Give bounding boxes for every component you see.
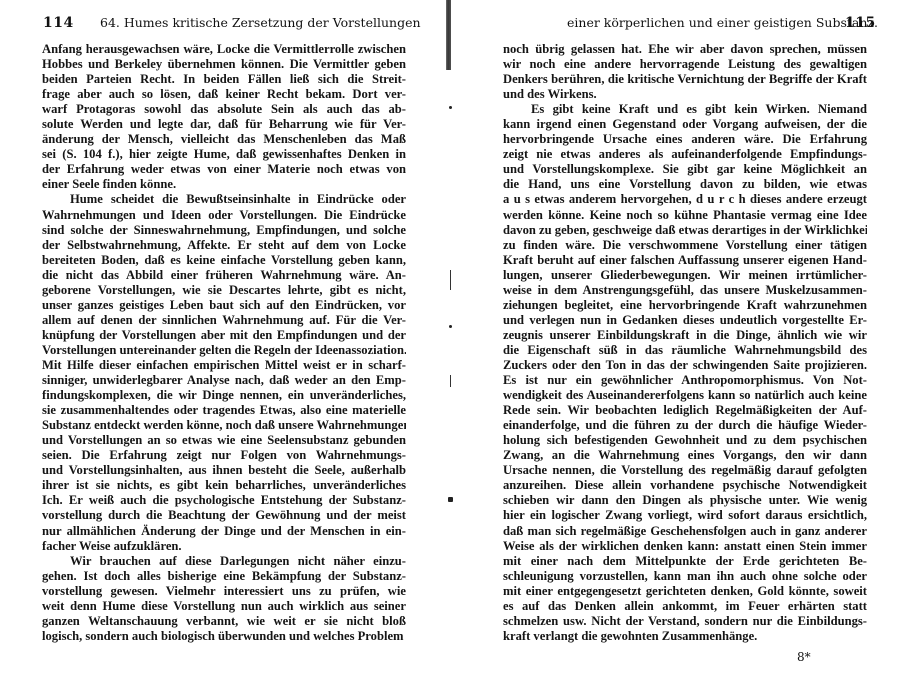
text-line: Es gibt keine Kraft und es gibt kein Wir… xyxy=(503,102,867,117)
text-line: zu finden wäre. Die verschwommene Vorste… xyxy=(503,238,867,253)
text-line: Denkers berühren, die kritische Vernicht… xyxy=(503,72,867,87)
left-page: 114 64. Humes kritische Zersetzung der V… xyxy=(0,0,450,674)
page-body-text: Anfang herausgewachsen wäre, Locke die V… xyxy=(42,42,406,644)
text-line: schmelzen usw. Nicht der Verstand, sonde… xyxy=(503,614,867,629)
text-line: ihrer ist sie nichts, es gibt kein behar… xyxy=(42,478,406,493)
text-line: und verlegen nun in Gedanken dieses unde… xyxy=(503,313,867,328)
text-line: beiden Parteien Recht. In beiden Fällen … xyxy=(42,72,406,87)
text-line: Rede sein. Wir beobachten lediglich Rege… xyxy=(503,403,867,418)
text-line: sinniger, unwiderlegbarer Analyse nach, … xyxy=(42,373,406,388)
text-line: es auf das Denken allein ankommt, im Feu… xyxy=(503,599,867,614)
text-line: Anfang herausgewachsen wäre, Locke die V… xyxy=(42,42,406,57)
text-line: werden könne. Keine noch so kühne Phanta… xyxy=(503,208,867,223)
text-line: davon zu geben, geschweige daß etwas der… xyxy=(503,223,867,238)
text-line: vorstellung durch die Beachtung der Gewö… xyxy=(42,508,406,523)
text-line: sie zusammenhaltendes oder tragendes Etw… xyxy=(42,403,406,418)
text-line: der Erfahrung weder etwas von einer Mate… xyxy=(42,162,406,177)
running-head: 64. Humes kritische Zersetzung der Vorst… xyxy=(100,13,350,33)
text-line: Zuckers oder den Ton in das der schwinge… xyxy=(503,358,867,373)
text-line: Vorstellungen untereinander gelten die R… xyxy=(42,343,406,358)
text-line: die Eigenschaft süß in das räumliche Wah… xyxy=(503,343,867,358)
text-line: Zwang, an die Wahrnehmung eines Vorgangs… xyxy=(503,448,867,463)
text-line: anzureihen. Diese allein vorhandene psyc… xyxy=(503,478,867,493)
text-line: die nicht das Abbild einer früheren Wahr… xyxy=(42,268,406,283)
text-line: ganzen Weltanschauung verbannt, wie weit… xyxy=(42,614,406,629)
signature-mark: 8* xyxy=(797,650,811,664)
page-number: 114 xyxy=(43,13,74,33)
text-line: mit einer nach dem Mittelpunkte der Erde… xyxy=(503,554,867,569)
text-line: unser ganzes geistiges Leben baut sich a… xyxy=(42,298,406,313)
text-line: und Vorstellungen an so etwas wie eine S… xyxy=(42,433,406,448)
text-line: hervorbringende Ursache eines anderen wä… xyxy=(503,132,867,147)
text-line: seien. Die Erfahrung zeigt nur Folgen vo… xyxy=(42,448,406,463)
text-line: noch übrig gelassen hat. Ehe wir aber da… xyxy=(503,42,867,57)
text-line: a u s etwas anderem hervorgehen, d u r c… xyxy=(503,192,867,207)
text-line: daß man sich regelmäßige Geschehensfolge… xyxy=(503,524,867,539)
text-line: holung sich befestigenden Gewohnheit und… xyxy=(503,433,867,448)
text-line: gehen. Ist doch alles bisherige eine Bek… xyxy=(42,569,406,584)
text-line: Ich. Er weiß auch die psychologische Ent… xyxy=(42,493,406,508)
page-body-text: noch übrig gelassen hat. Ehe wir aber da… xyxy=(503,42,867,644)
text-line: sei (S. 104 f.), hier zeigte Hume, daß g… xyxy=(42,147,406,162)
text-line: hier ein logischer Zwang vorliegt, wird … xyxy=(503,508,867,523)
text-line: Hume scheidet die Bewußtseinsinhalte in … xyxy=(42,192,406,207)
text-line: vorstellung gewesen. Vielmehr interessie… xyxy=(42,584,406,599)
text-line: Substanz entdeckt werden könne, noch daß… xyxy=(42,418,406,433)
text-line: änderung der Mensch, vielleicht das Mens… xyxy=(42,132,406,147)
text-line: geborene Vorstellungen, wie sie Descarte… xyxy=(42,283,406,298)
running-head: einer körperlichen und einer geistigen S… xyxy=(567,13,817,33)
text-line: nur allmählichen Änderung der Dinge und … xyxy=(42,524,406,539)
text-line: knüpfung der Vorstellungen aber mit den … xyxy=(42,328,406,343)
text-line: zeigt nie etwas anderes als aufeinanderf… xyxy=(503,147,867,162)
text-line: schieben wir dann den Dingen als physisc… xyxy=(503,493,867,508)
text-line: Ursache nennen, die Vorstellung des rege… xyxy=(503,463,867,478)
text-line: solute Werden und legte dar, daß für Beh… xyxy=(42,117,406,132)
text-line: kann irgend einen Gegenstand oder Vorgan… xyxy=(503,117,867,132)
text-line: mit einer entgegengesetzt gerichteten de… xyxy=(503,584,867,599)
right-page: einer körperlichen und einer geistigen S… xyxy=(450,0,900,674)
text-line: Es ist nur ein gewöhnlicher Anthropomorp… xyxy=(503,373,867,388)
text-line: frage aber auch so lösen, daß keiner Rec… xyxy=(42,87,406,102)
text-line: und des Wirkens. xyxy=(503,87,867,102)
text-line: lungen, unserer Gliederbewegungen. Wir m… xyxy=(503,268,867,283)
text-line: weise in dem Anstrengungsgefühl, das uns… xyxy=(503,283,867,298)
text-line: und Vorstellungskomplexe. Sie gibt gar k… xyxy=(503,162,867,177)
text-line: einanderfolge, und die führen zu der dur… xyxy=(503,418,867,433)
text-line: allem auf denen der sinnlichen Wahrnehmu… xyxy=(42,313,406,328)
text-line: weit denn Hume diese Vorstellung nun auc… xyxy=(42,599,406,614)
text-line: und Vorstellungsinhalten, aus ihnen best… xyxy=(42,463,406,478)
text-line: Wahrnehmungen und Ideen oder Vorstellung… xyxy=(42,208,406,223)
text-line: Hobbes und Berkeley übernehmen können. D… xyxy=(42,57,406,72)
text-line: warf Protagoras sowohl das absolute Sein… xyxy=(42,102,406,117)
text-line: die Hand, uns eine Vorstellung davon zu … xyxy=(503,177,867,192)
text-line: schleunigung vorzustellen, kann man ihn … xyxy=(503,569,867,584)
text-line: ziehungen begleitet, eine hervorbringend… xyxy=(503,298,867,313)
text-line: wendigkeit des Auseinandererfolgens kann… xyxy=(503,388,867,403)
text-line: einer Seele finden könne. xyxy=(42,177,406,192)
text-line: Kraft beruht auf einer falschen Auffassu… xyxy=(503,253,867,268)
text-line: sind solche der Sinneswahrnehmung, Empfi… xyxy=(42,223,406,238)
text-line: Weise als der wirklichen denken kann: an… xyxy=(503,539,867,554)
text-line: bereiteten Boden, daß es keine einfache … xyxy=(42,253,406,268)
text-line: wir noch eine andere hervorragende Leist… xyxy=(503,57,867,72)
text-line: facher Weise aufzuklären. xyxy=(42,539,406,554)
text-line: der Selbstwahrnehmung, Affekte. Er steht… xyxy=(42,238,406,253)
text-line: Wir brauchen auf diese Darlegungen nicht… xyxy=(42,554,406,569)
page-number: 115 xyxy=(845,13,876,33)
text-line: logisch, sondern auch biologisch überwun… xyxy=(42,629,406,644)
text-line: zeugnis unserer Einbildungskraft in die … xyxy=(503,328,867,343)
text-line: kraft verlangt die gewohnten Zusammenhän… xyxy=(503,629,867,644)
text-line: Mit Hilfe dieser einfachen empirischen M… xyxy=(42,358,406,373)
text-line: findungskomplexen, die wir Dinge nennen,… xyxy=(42,388,406,403)
